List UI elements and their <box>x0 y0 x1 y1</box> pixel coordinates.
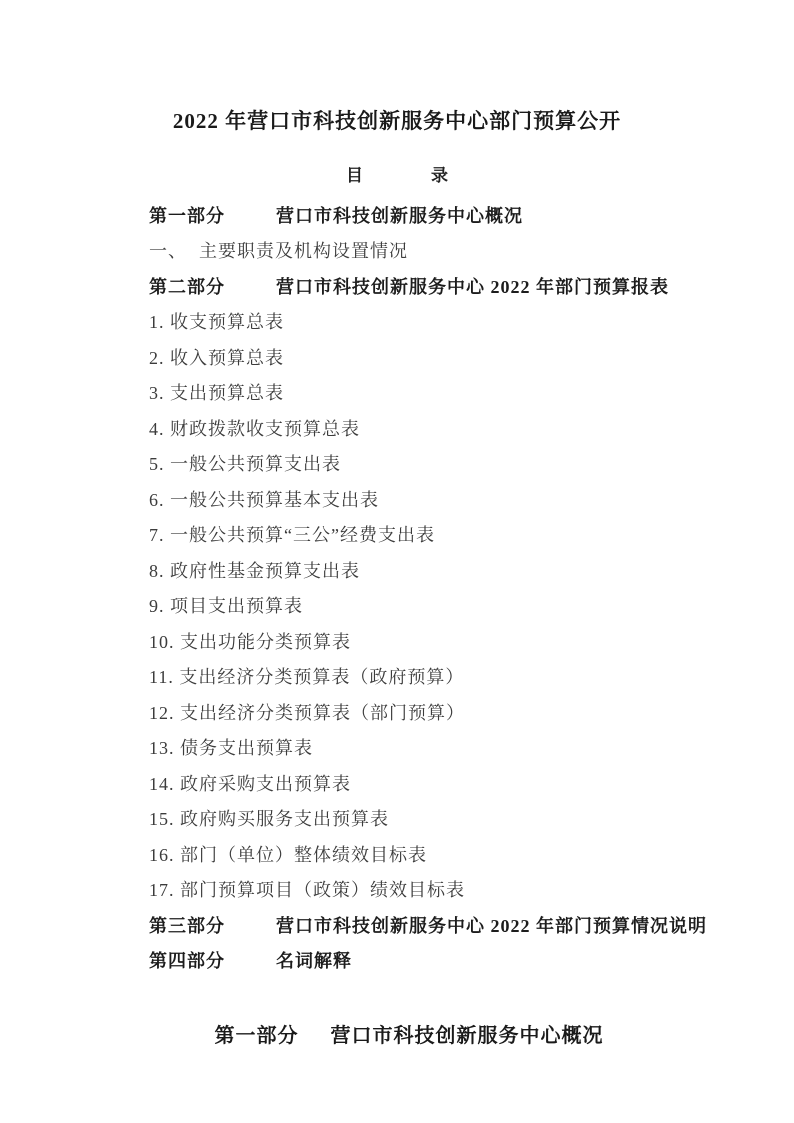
toc-heading: 目 录 <box>0 165 794 187</box>
toc-item-text: 7. 一般公共预算“三公”经费支出表 <box>149 521 435 547</box>
table-of-contents: 第一部分 营口市科技创新服务中心概况 一、 主要职责及机构设置情况 第二部分 营… <box>0 197 794 978</box>
toc-part-title: 名词解释 <box>276 947 352 973</box>
toc-item: 14. 政府采购支出预算表 <box>149 765 734 801</box>
toc-item-text: 9. 项目支出预算表 <box>149 592 303 618</box>
toc-part-entry: 第四部分 名词解释 <box>149 943 734 979</box>
toc-part-entry: 第二部分 营口市科技创新服务中心 2022 年部门预算报表 <box>149 268 734 304</box>
toc-item: 10. 支出功能分类预算表 <box>149 623 734 659</box>
section-one-heading: 第一部分营口市科技创新服务中心概况 <box>0 991 794 1081</box>
toc-sub-title: 主要职责及机构设置情况 <box>199 237 408 263</box>
toc-part-entry: 第三部分 营口市科技创新服务中心 2022 年部门预算情况说明 <box>149 907 734 943</box>
toc-item-text: 13. 债务支出预算表 <box>149 734 313 760</box>
toc-item-text: 17. 部门预算项目（政策）绩效目标表 <box>149 876 465 902</box>
toc-item: 11. 支出经济分类预算表（政府预算） <box>149 659 734 695</box>
toc-part-label: 第四部分 <box>149 947 276 973</box>
toc-item: 3. 支出预算总表 <box>149 375 734 411</box>
toc-part-label: 第三部分 <box>149 912 276 938</box>
toc-item-text: 4. 财政拨款收支预算总表 <box>149 415 360 441</box>
toc-part-label: 第一部分 <box>149 202 276 228</box>
toc-part-entry: 第一部分 营口市科技创新服务中心概况 <box>149 197 734 233</box>
section-one-title: 营口市科技创新服务中心概况 <box>331 1025 604 1047</box>
toc-item: 7. 一般公共预算“三公”经费支出表 <box>149 517 734 553</box>
toc-item: 15. 政府购买服务支出预算表 <box>149 801 734 837</box>
toc-item: 16. 部门（单位）整体绩效目标表 <box>149 836 734 872</box>
toc-item-text: 3. 支出预算总表 <box>149 379 284 405</box>
toc-item: 17. 部门预算项目（政策）绩效目标表 <box>149 872 734 908</box>
toc-item-text: 5. 一般公共预算支出表 <box>149 450 341 476</box>
toc-item: 2. 收入预算总表 <box>149 339 734 375</box>
toc-item-text: 2. 收入预算总表 <box>149 344 284 370</box>
toc-item: 1. 收支预算总表 <box>149 304 734 340</box>
toc-item: 13. 债务支出预算表 <box>149 730 734 766</box>
toc-part-title: 营口市科技创新服务中心 2022 年部门预算报表 <box>276 273 669 299</box>
toc-item-text: 10. 支出功能分类预算表 <box>149 628 351 654</box>
toc-part-title: 营口市科技创新服务中心 2022 年部门预算情况说明 <box>276 912 707 938</box>
toc-item-text: 14. 政府采购支出预算表 <box>149 770 351 796</box>
toc-sub-entry: 一、 主要职责及机构设置情况 <box>149 233 734 269</box>
toc-item-text: 6. 一般公共预算基本支出表 <box>149 486 379 512</box>
toc-item: 4. 财政拨款收支预算总表 <box>149 410 734 446</box>
toc-item-text: 15. 政府购买服务支出预算表 <box>149 805 389 831</box>
toc-item-text: 8. 政府性基金预算支出表 <box>149 557 360 583</box>
toc-item-text: 11. 支出经济分类预算表（政府预算） <box>149 663 464 689</box>
toc-part-label: 第二部分 <box>149 273 276 299</box>
section-one-label: 第一部分 <box>215 1025 299 1047</box>
toc-item: 8. 政府性基金预算支出表 <box>149 552 734 588</box>
toc-item-text: 1. 收支预算总表 <box>149 308 284 334</box>
toc-item: 9. 项目支出预算表 <box>149 588 734 624</box>
toc-item: 12. 支出经济分类预算表（部门预算） <box>149 694 734 730</box>
document-page: 2022 年营口市科技创新服务中心部门预算公开 目 录 第一部分 营口市科技创新… <box>0 0 794 1123</box>
toc-item-text: 12. 支出经济分类预算表（部门预算） <box>149 699 465 725</box>
toc-part-title: 营口市科技创新服务中心概况 <box>276 202 523 228</box>
toc-item-text: 16. 部门（单位）整体绩效目标表 <box>149 841 427 867</box>
toc-item: 5. 一般公共预算支出表 <box>149 446 734 482</box>
toc-item: 6. 一般公共预算基本支出表 <box>149 481 734 517</box>
document-title: 2022 年营口市科技创新服务中心部门预算公开 <box>0 0 794 135</box>
toc-sub-label: 一、 <box>149 237 199 263</box>
